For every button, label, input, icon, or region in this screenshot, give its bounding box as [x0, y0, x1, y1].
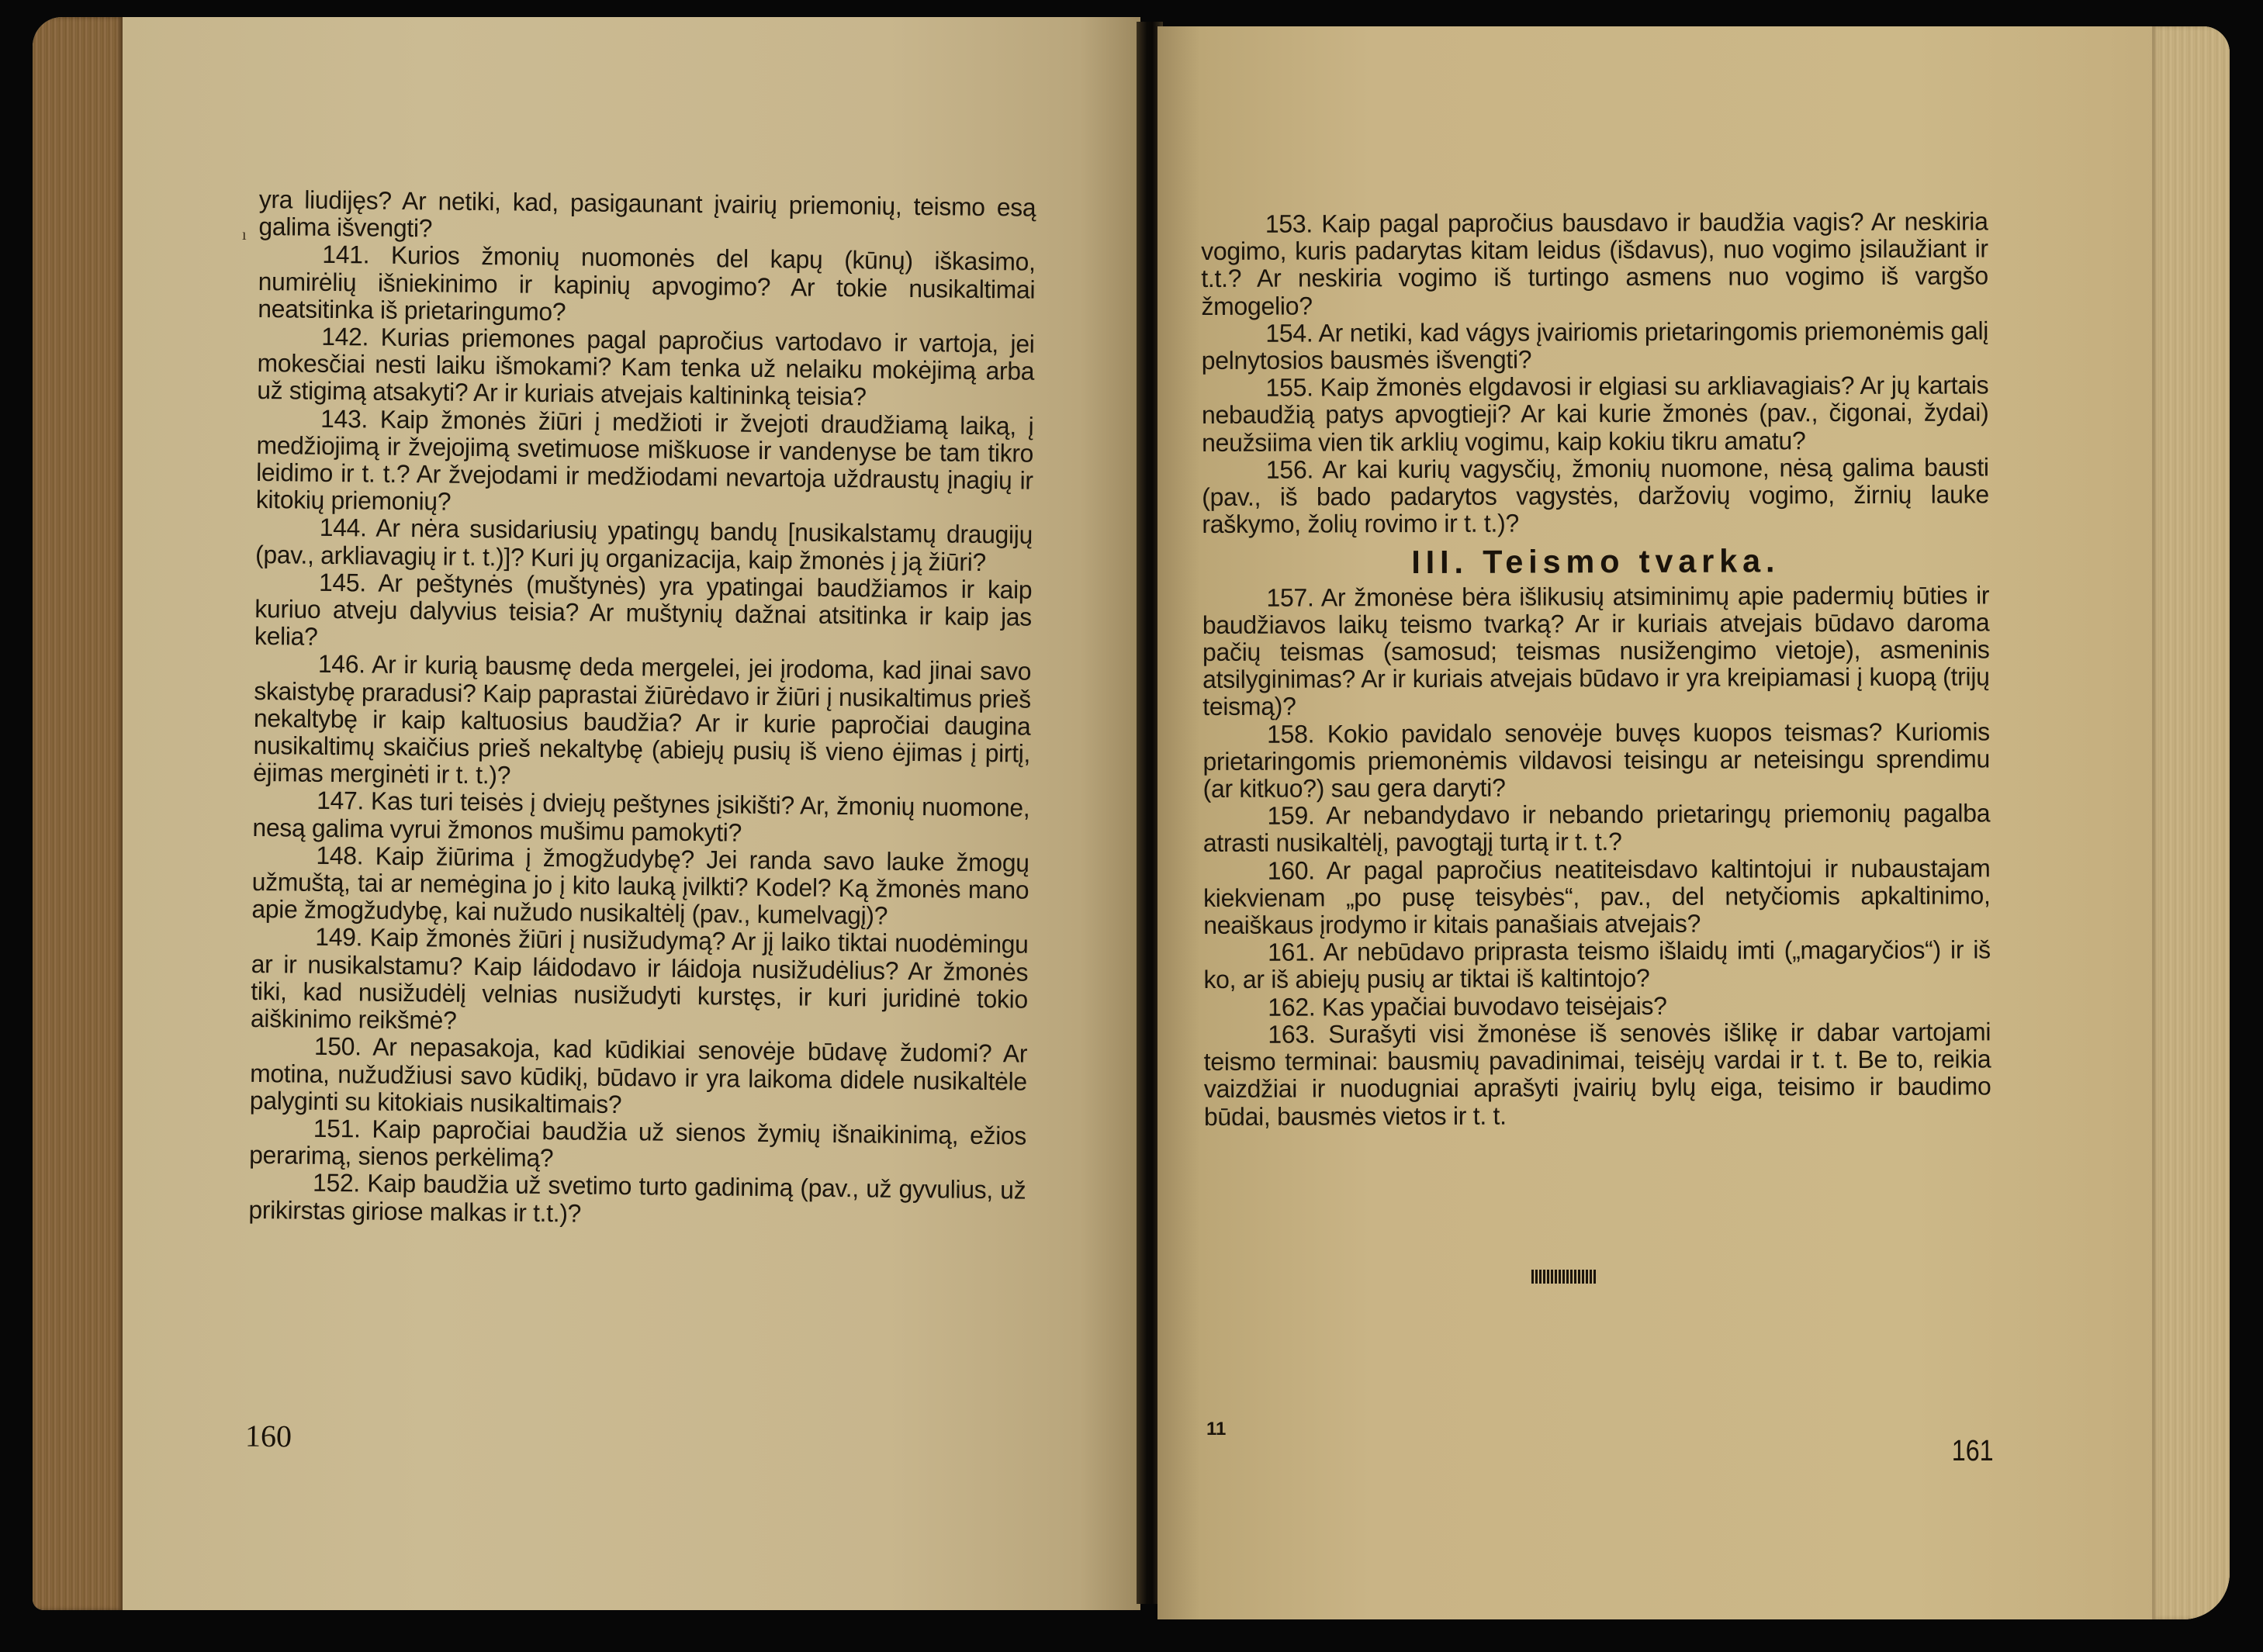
question-number: 150. [314, 1032, 362, 1061]
question-number: 162. [1268, 993, 1315, 1021]
question-number: 156. [1266, 455, 1313, 483]
question-text: Ar netiki, kad vágys įvairiomis prietari… [1202, 316, 1989, 375]
question-text: Ar peštynės (muštynės) yra ypatingai bau… [254, 569, 1033, 651]
question-text: Ar nepasakoja, kad kūdikiai senovėje būd… [250, 1033, 1028, 1118]
question-text: Surašyti visi žmonėse iš senovės išlikę … [1204, 1018, 1991, 1130]
left-fore-edge [33, 17, 123, 1610]
question-number: 141. [322, 240, 369, 269]
question-text: Kaip žmonės žiūri į nusižudymą? Ar jį la… [251, 924, 1029, 1035]
question-number: 158. [1267, 720, 1314, 748]
question-text: Ar nėra susidariusių ypatingų bandų [nus… [255, 514, 1033, 576]
question-text: Kas ypačiai buvodavo teisėjais? [1322, 992, 1667, 1021]
question-number: 151. [313, 1115, 361, 1143]
question-text: Ar nebandydavo ir nebando prietaringų pr… [1203, 800, 1991, 858]
question-number: 147. [317, 786, 364, 815]
question-number: 146. [318, 650, 365, 679]
question-151: 151. Kaip papročiai baudžia už sienos žy… [249, 1115, 1026, 1177]
question-number: 153. [1265, 209, 1313, 237]
question-162: 162. Kas ypačiai buvodavo teisėjais? [1203, 991, 1991, 1021]
question-153: 153. Kaip pagal papročius bausdavo ir ba… [1201, 208, 1988, 320]
question-152: 152. Kaip baudžia už svetimo turto gadin… [248, 1169, 1026, 1232]
question-text: Ar ir kurią bausmę deda mergelei, jei įr… [253, 651, 1031, 790]
question-163: 163. Surašyti visi žmonėse iš senovės iš… [1204, 1018, 1991, 1130]
question-text: Ar žmonėse bėra išlikusių atsiminimų api… [1202, 581, 1990, 721]
question-146: 146. Ar ir kurią bausmę deda mergelei, j… [253, 650, 1031, 795]
question-text: Kaip žmonės elgdavosi ir elgiasi su arkl… [1202, 372, 1989, 457]
question-text: Kaip papročiai baudžia už sienos žymių i… [249, 1115, 1026, 1173]
stray-mark: ı [242, 226, 247, 244]
end-ornament-icon [1531, 1270, 1597, 1284]
question-number: 155. [1265, 374, 1313, 402]
question-number: 143. [320, 404, 368, 433]
question-156: 156. Ar kai kurių vagysčių, žmonių nuomo… [1202, 454, 1989, 538]
question-text: Kaip baudžia už svetimo turto gadinimą (… [248, 1170, 1026, 1227]
question-150: 150. Ar nepasakoja, kad kūdikiai senovėj… [250, 1032, 1028, 1122]
question-text: Ar nebūdavo priprasta teismo išlaidų imt… [1203, 936, 1991, 994]
question-147: 147. Kas turi teisės į dviejų peštynes į… [252, 786, 1029, 849]
question-text: Kaip žiūrima į žmogžudybę? Jei randa sav… [251, 842, 1029, 930]
question-text: Kaip žmonės žiūri į medžioti ir žvejoti … [256, 405, 1034, 516]
paragraph-continued: yra liudijęs? Ar netiki, kad, pasigaunan… [258, 186, 1036, 249]
question-number: 160. [1268, 856, 1315, 884]
question-158: 158. Kokio pavidalo senovėje buvęs kuopo… [1202, 718, 1990, 803]
question-number: 149. [315, 923, 362, 952]
question-text: Ar pagal papročius neatiteisdavo kaltint… [1203, 854, 1991, 939]
question-number: 161. [1268, 938, 1315, 966]
book-scan: ı yra liudijęs? Ar netiki, kad, pasigaun… [0, 0, 2263, 1652]
question-number: 152. [313, 1169, 360, 1198]
question-text: Ar kai kurių vagysčių, žmonių nuomone, n… [1202, 453, 1989, 538]
page-number-left: 160 [245, 1418, 292, 1455]
question-141: 141. Kurios žmonių nuomonės del kapų (kū… [258, 240, 1036, 330]
question-143: 143. Kaip žmonės žiūri į medžioti ir žve… [256, 405, 1034, 523]
question-text: Kaip pagal papročius bausdavo ir baudžia… [1201, 207, 1988, 320]
page-number-right: 161 [1952, 1435, 1994, 1468]
question-155: 155. Kaip žmonės elgdavosi ir elgiasi su… [1202, 372, 1989, 457]
question-text: Kurios žmonių nuomonės del kapų (kūnų) i… [258, 241, 1036, 326]
question-text: Kokio pavidalo senovėje buvęs kuopos tei… [1202, 717, 1990, 803]
question-142: 142. Kurias priemones pagal papročius va… [257, 323, 1035, 413]
question-text: Kurias priemones pagal papročius vartoda… [257, 323, 1035, 411]
question-154: 154. Ar netiki, kad vágys įvairiomis pri… [1201, 317, 1988, 375]
section-heading: III. Teismo tvarka. [1202, 547, 1990, 577]
question-148: 148. Kaip žiūrima į žmogžudybę? Jei rand… [251, 842, 1029, 931]
question-number: 163. [1268, 1020, 1315, 1048]
question-144: 144. Ar nėra susidariusių ypatingų bandų… [255, 513, 1033, 576]
question-161: 161. Ar nebūdavo priprasta teismo išlaid… [1203, 937, 1991, 994]
left-page-text: yra liudijęs? Ar netiki, kad, pasigaunan… [248, 186, 1036, 1232]
question-number: 144. [320, 513, 367, 542]
question-number: 154. [1265, 319, 1313, 347]
question-number: 157. [1266, 583, 1313, 611]
signature-mark: 11 [1206, 1419, 1226, 1440]
question-number: 145. [319, 569, 366, 597]
right-page-text: 153. Kaip pagal papročius bausdavo ir ba… [1201, 208, 1991, 1130]
question-159: 159. Ar nebandydavo ir nebando prietarin… [1203, 800, 1991, 858]
question-157: 157. Ar žmonėse bėra išlikusių atsiminim… [1202, 582, 1990, 721]
question-text: Kas turi teisės į dviejų peštynes įsikiš… [252, 787, 1029, 846]
question-149: 149. Kaip žmonės žiūri į nusižudymą? Ar … [251, 923, 1029, 1041]
question-145: 145. Ar peštynės (muštynės) yra ypatinga… [254, 569, 1033, 658]
question-160: 160. Ar pagal papročius neatiteisdavo ka… [1203, 855, 1991, 939]
question-number: 148. [316, 842, 363, 870]
right-fore-edge [2152, 26, 2230, 1619]
question-number: 142. [321, 323, 369, 351]
question-number: 159. [1267, 802, 1314, 830]
